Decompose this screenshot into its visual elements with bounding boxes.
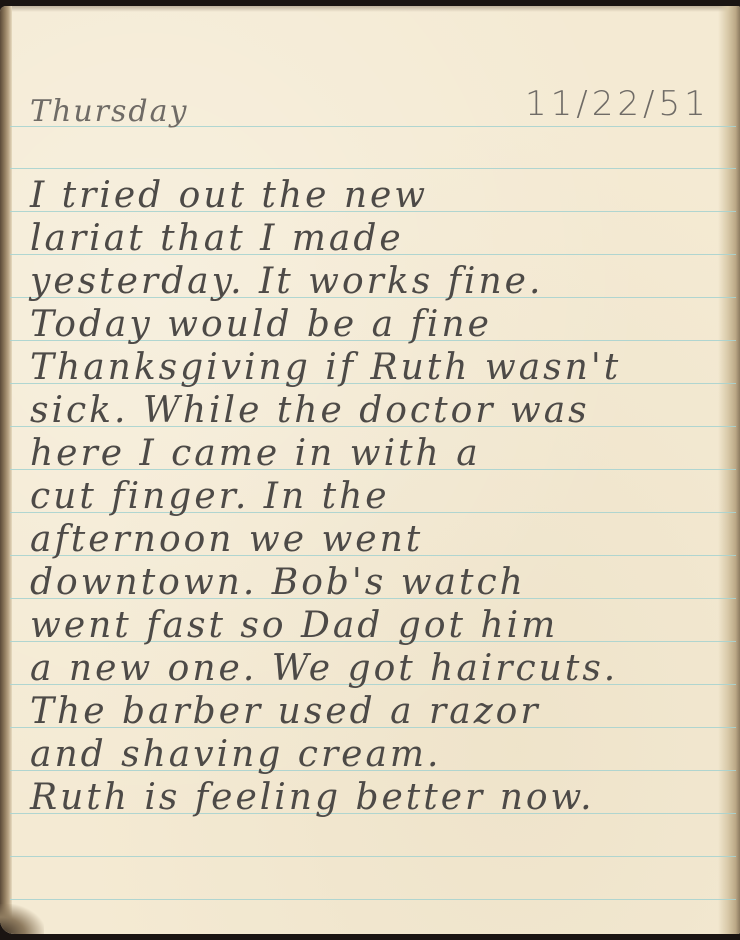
entry-line: and shaving cream. bbox=[30, 733, 442, 776]
entry-date: 11/22/51 bbox=[525, 84, 710, 124]
diary-page: Thursday 11/22/51 I tried out the new la… bbox=[0, 6, 740, 934]
page-top-shadow bbox=[0, 6, 740, 12]
entry-line: sick. While the doctor was bbox=[30, 389, 590, 432]
entry-line: here I came in with a bbox=[30, 432, 481, 475]
entry-line: Thanksgiving if Ruth wasn't bbox=[30, 346, 621, 389]
entry-line: lariat that I made bbox=[30, 217, 404, 260]
entry-line: went fast so Dad got him bbox=[30, 604, 558, 647]
entry-day: Thursday bbox=[30, 94, 188, 129]
entry-line: downtown. Bob's watch bbox=[30, 561, 526, 604]
entry-line: yesterday. It works fine. bbox=[30, 260, 543, 303]
entry-line: I tried out the new bbox=[30, 174, 428, 217]
entry-line: Today would be a fine bbox=[30, 303, 492, 346]
page-right-edge bbox=[718, 6, 740, 934]
ruled-line bbox=[10, 899, 736, 900]
page-corner-curl bbox=[0, 904, 44, 934]
entry-line: The barber used a razor bbox=[30, 690, 541, 733]
entry-line: Ruth is feeling better now. bbox=[30, 776, 595, 819]
entry-line: cut finger. In the bbox=[30, 475, 390, 518]
entry-line: afternoon we went bbox=[30, 518, 423, 561]
entry-line: a new one. We got haircuts. bbox=[30, 647, 618, 690]
ruled-line bbox=[10, 856, 736, 857]
notebook-binding-edge bbox=[0, 6, 12, 934]
ruled-line bbox=[10, 168, 736, 169]
